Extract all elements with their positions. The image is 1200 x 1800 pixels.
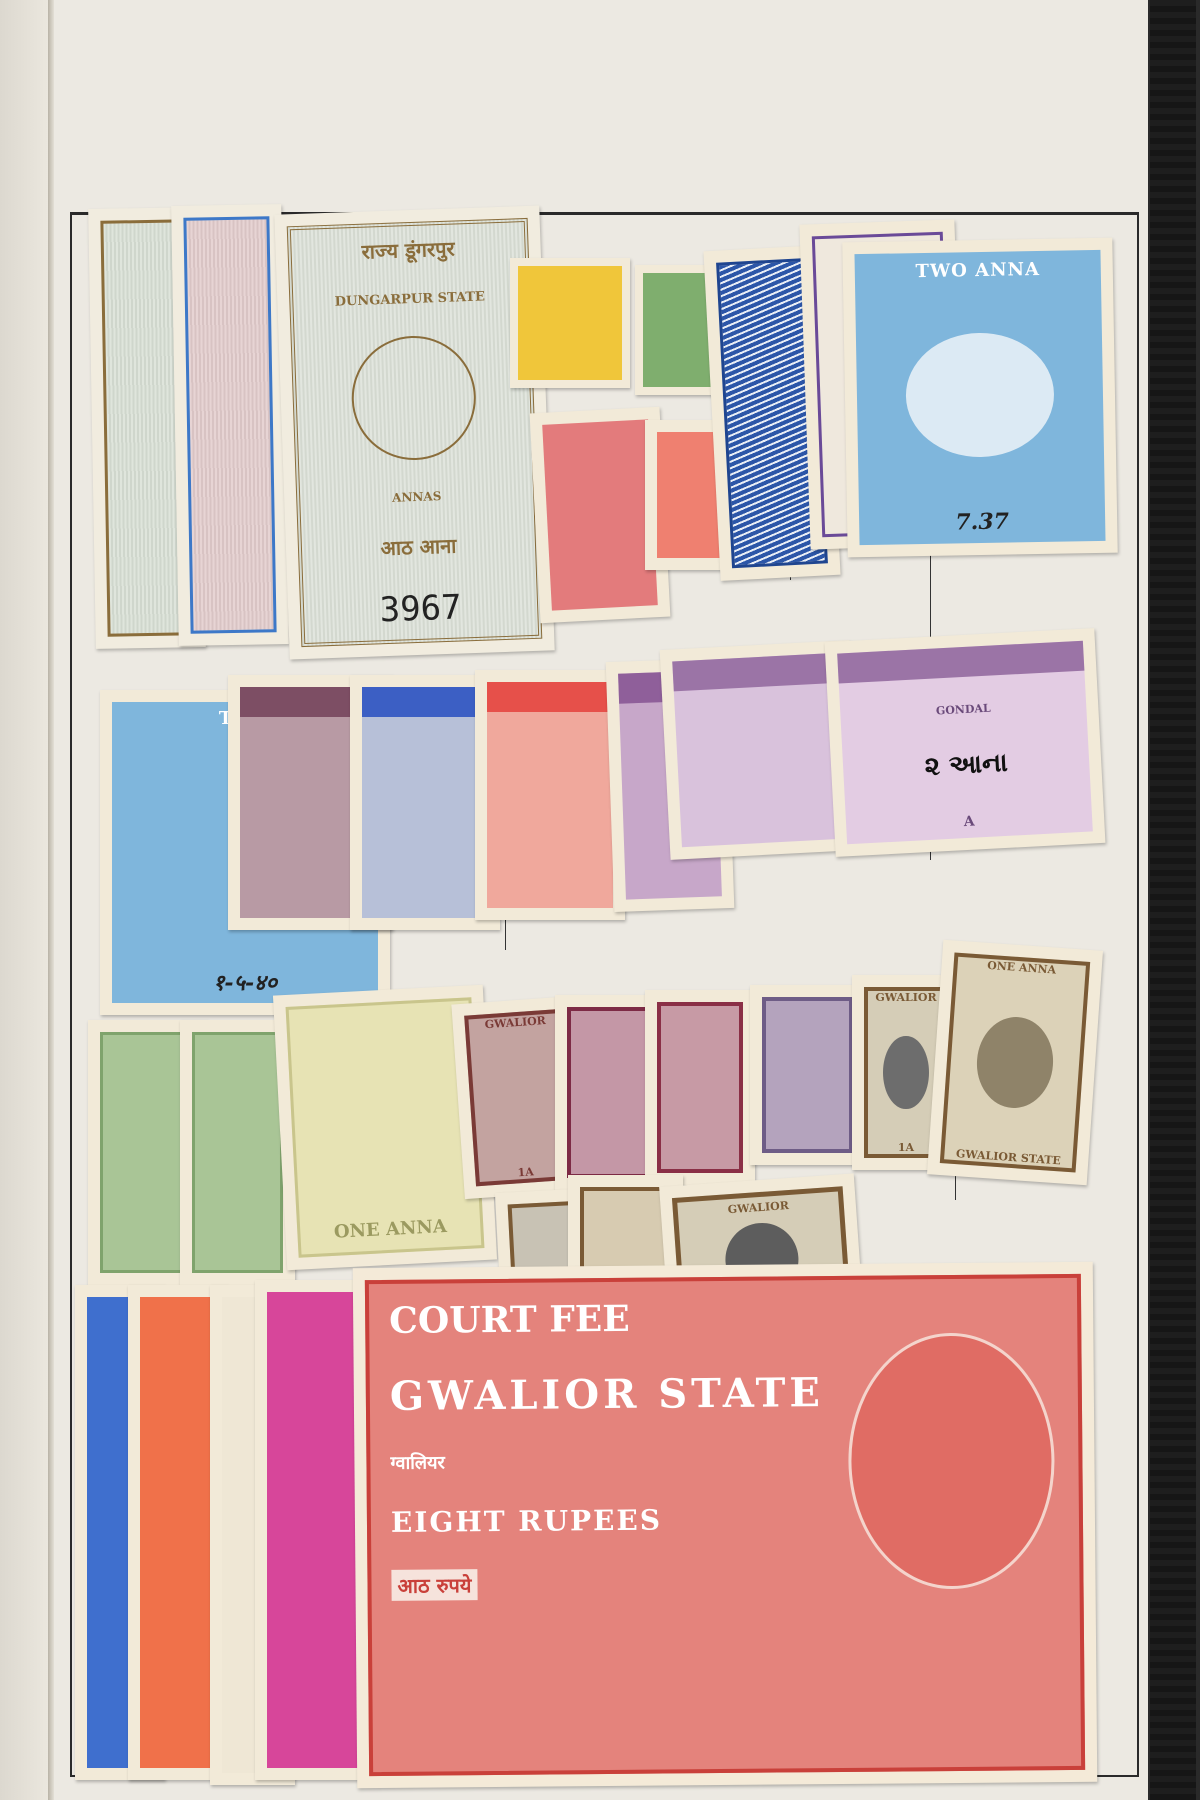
label: GWALIOR — [727, 1199, 789, 1216]
court-fee-title: COURT FEE — [389, 1298, 630, 1342]
state-name-hindi: राज्य डूंगरपुर — [361, 234, 455, 264]
value-label: TWO ANNA — [915, 259, 1040, 282]
value-label: ONE ANNA — [333, 1216, 447, 1243]
value-label: ANNAS — [392, 489, 442, 505]
value-label: ONE A — [720, 657, 792, 682]
court-fee-value: EIGHT RUPEES — [391, 1504, 662, 1539]
court-fee-hindi: ग्वालियर — [390, 1450, 445, 1474]
state-label: GWALIOR STATE — [956, 1147, 1062, 1167]
portrait-icon — [974, 1014, 1057, 1110]
portrait-medallion-icon — [847, 1332, 1055, 1590]
album-spine — [48, 0, 54, 1800]
portrait-icon — [905, 332, 1055, 458]
previous-page-edge — [0, 0, 49, 1800]
overprint: ૨ આના — [924, 747, 1009, 782]
stamp-gwalior-state-one-anna: ONE ANNA GWALIOR STATE — [927, 940, 1103, 1186]
label: GWALIOR — [875, 991, 936, 1004]
stamp-gondal-one-anna: ONE ANNA GONDAL ૨ આના A — [825, 628, 1106, 857]
stamp-eight-red: EIGHT — [475, 670, 625, 920]
court-fee-value-hindi: आठ रुपये — [391, 1569, 477, 1601]
value-label: ONE — [286, 689, 335, 710]
stamp-yellow — [510, 258, 630, 388]
value-label: EIGHT — [514, 684, 587, 705]
state-name: DUNGARPUR STATE — [335, 290, 486, 310]
serial-number: 3967 — [379, 587, 462, 630]
stamp-dungarpur-blue — [171, 204, 289, 646]
manuscript-date: १-५-४० — [213, 967, 277, 997]
manuscript-date: 7.37 — [955, 509, 1009, 536]
album-page: राज्य डूंगरपुर DUNGARPUR STATE ANNAS आठ … — [0, 0, 1148, 1800]
court-fee-state: GWALIOR STATE — [390, 1369, 824, 1420]
value-label: ONE ANNA — [900, 646, 1022, 673]
corner-letter: A — [963, 814, 975, 831]
value-short: 1A — [517, 1165, 534, 1179]
value-label: ONE ANNA — [987, 959, 1057, 977]
label: GWALIOR — [484, 1014, 546, 1031]
value-hindi: आठ आना — [380, 531, 457, 561]
portrait-icon — [883, 1036, 929, 1109]
inscription: GONDAL — [936, 702, 991, 718]
stamp-gwalior-brown-3 — [645, 990, 755, 1185]
value-label: TWO — [399, 689, 451, 710]
stamp-jasdan-two-anna: TWO ANNA 7.37 — [842, 238, 1117, 558]
stamp-gwalior-court-fee-eight-rupees: COURT FEE GWALIOR STATE ग्वालियर EIGHT R… — [353, 1262, 1098, 1788]
stamp-gwalior-blue-cancelled — [750, 985, 865, 1165]
value-short: 1A — [898, 1141, 914, 1154]
coat-of-arms-icon — [349, 334, 477, 462]
